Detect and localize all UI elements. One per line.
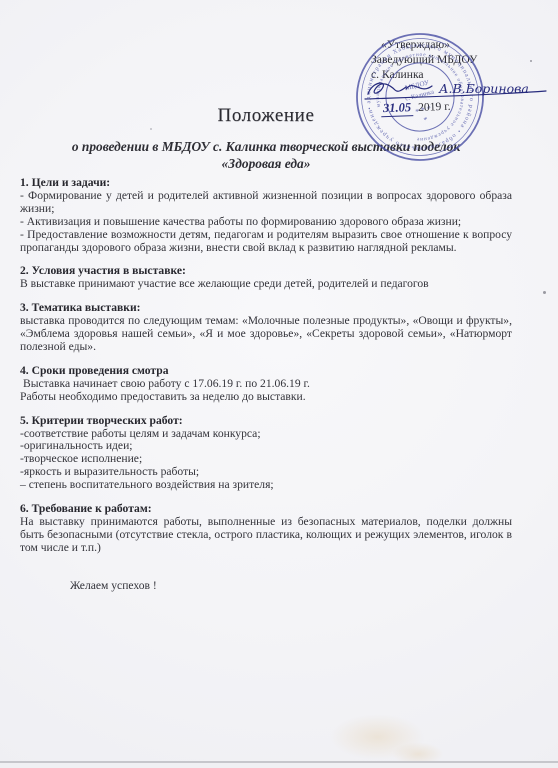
section-heading: 1. Цели и задачи: [20,177,512,190]
section-requirements: 6. Требование к работам: На выставку при… [20,503,512,555]
section-paragraph: В выставке принимают участие все желающи… [20,278,512,291]
paper-stain [330,714,425,760]
section-themes: 3. Тематика выставки: выставка проводитс… [20,302,512,354]
section-paragraph: – степень воспитательного воздействия на… [20,479,512,492]
signature-name: А.В.Боринова [438,81,529,96]
stamp-center-stars-2: * [423,115,429,125]
section-heading: 4. Сроки проведения смотра [20,365,512,378]
section-paragraph: На выставку принимаются работы, выполнен… [20,516,512,555]
date-typed: 2019 г. [418,100,451,114]
closing-text: Желаем успехов ! [70,579,512,592]
section-goals: 1. Цели и задачи: - Формирование у детей… [20,177,512,254]
section-paragraph: Работы необходимо предоставить за неделю… [20,391,512,404]
section-criteria: 5. Критерии творческих работ: -соответст… [20,415,512,492]
section-paragraph: - Предоставление возможности детям, педа… [20,229,512,255]
date-handwritten: 31.05 [381,100,414,117]
section-heading: 6. Требование к работам: [20,503,512,516]
date-line: 31.052019 г. [381,97,451,117]
section-paragraph: Выставка начинает свою работу с 17.06.19… [20,378,512,391]
document-page: «Утверждаю» Заведующий МБДОУ с. Калинка … [0,0,558,768]
scan-edge-area [0,763,558,768]
section-dates: 4. Сроки проведения смотра Выставка начи… [20,365,512,404]
section-paragraph: выставка проводится по следующим темам: … [20,315,512,354]
section-paragraph: - Формирование у детей и родителей актив… [20,190,512,216]
section-heading: 5. Критерии творческих работ: [20,415,512,428]
section-participation: 2. Условия участия в выставке: В выставк… [20,265,512,291]
section-paragraph: - Активизация и повышение качества работ… [20,216,512,229]
